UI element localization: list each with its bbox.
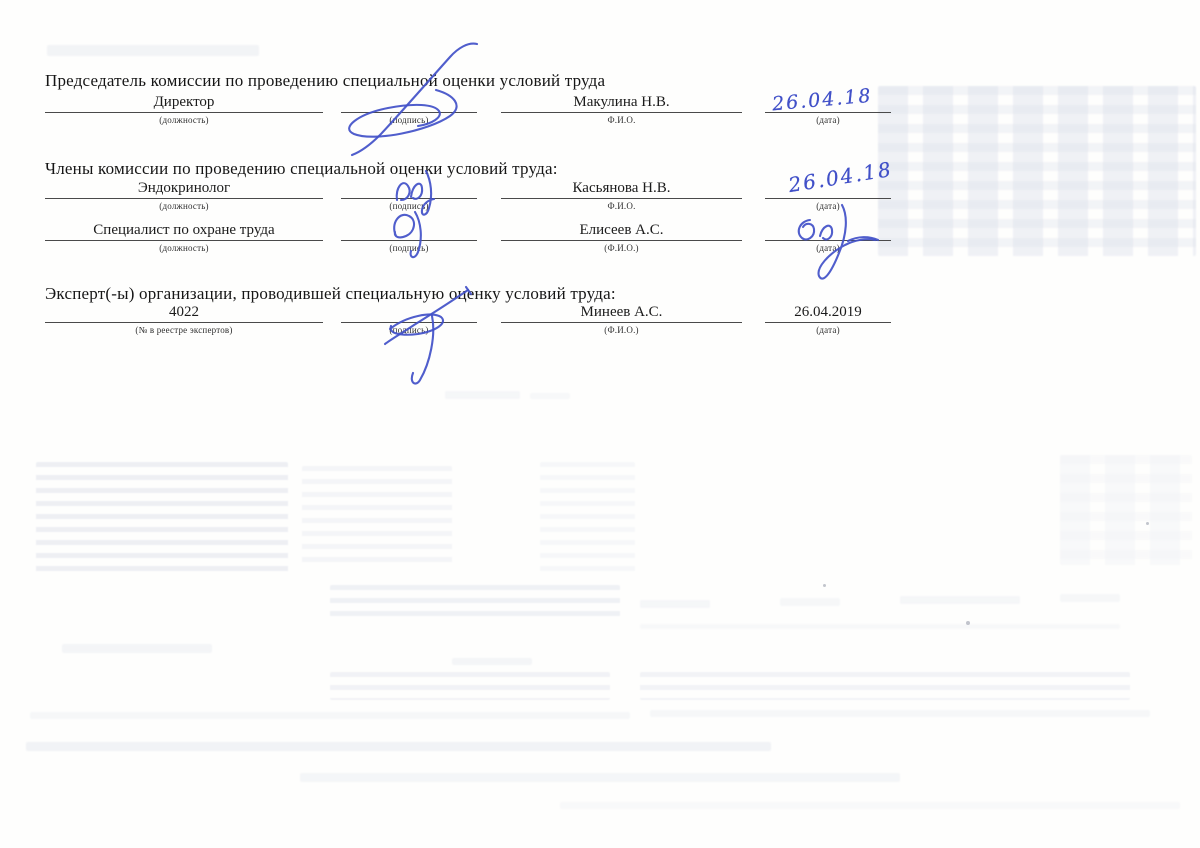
ghost-text-block [445, 391, 520, 399]
ghost-text-block [330, 585, 620, 623]
registry-field-label: (№ в реестре экспертов) [45, 325, 323, 335]
ghost-text-block [640, 672, 1130, 700]
ghost-rule-line [30, 712, 630, 719]
expert-name-cell: Минеев А.С. (Ф.И.О.) [501, 303, 742, 335]
position-field-label: (должность) [45, 201, 323, 211]
date-field-label: (дата) [765, 325, 891, 335]
signature-chairman-ink [336, 40, 481, 158]
signature-row-member-1: Эндокринолог (должность) (подпись) Касья… [0, 179, 1200, 215]
signature-row-member-2: Специалист по охране труда (должность) (… [0, 221, 1200, 257]
ghost-text-line [300, 773, 900, 782]
section-heading-expert: Эксперт(-ы) организации, проводившей спе… [45, 284, 616, 304]
ghost-text-block [1060, 594, 1120, 602]
ghost-text-block [780, 598, 840, 606]
date-field-label: (дата) [765, 115, 891, 125]
name-field-label: (Ф.И.О.) [501, 325, 742, 335]
section-heading-chairman: Председатель комиссии по проведению спец… [45, 71, 605, 91]
signature-row-chairman: Директор (должность) (подпись) Макулина … [0, 93, 1200, 129]
member1-position-cell: Эндокринолог (должность) [45, 179, 323, 211]
ghost-text-block [452, 658, 532, 665]
ghost-table-rows [36, 462, 288, 574]
expert-registry-value: 4022 [45, 303, 323, 323]
expert-name-value: Минеев А.С. [501, 303, 742, 323]
paper-speck [966, 621, 970, 625]
scanned-document-page: Председатель комиссии по проведению спец… [0, 0, 1200, 848]
ghost-text-block [47, 45, 259, 56]
member1-name-value: Касьянова Н.В. [501, 179, 742, 199]
name-field-label: Ф.И.О. [501, 201, 742, 211]
chairman-name-value: Макулина Н.В. [501, 93, 742, 113]
member2-name-cell: Елисеев А.С. (Ф.И.О.) [501, 221, 742, 253]
position-field-label: (должность) [45, 243, 323, 253]
paper-speck [1146, 522, 1149, 525]
member1-name-cell: Касьянова Н.В. Ф.И.О. [501, 179, 742, 211]
section-heading-members: Члены комиссии по проведению специальной… [45, 159, 558, 179]
ghost-table-rows [302, 466, 452, 566]
signature-member-2-ink [384, 205, 444, 261]
ghost-table-grid [1060, 455, 1192, 565]
member2-position-value: Специалист по охране труда [45, 221, 323, 241]
ghost-text-block [900, 596, 1020, 604]
ghost-rule-line [650, 710, 1150, 717]
ghost-text-block [640, 600, 710, 608]
paper-speck [823, 584, 826, 587]
ghost-text-line [560, 802, 1180, 809]
expert-registry-cell: 4022 (№ в реестре экспертов) [45, 303, 323, 335]
ghost-rule-line [640, 624, 1120, 629]
name-field-label: (Ф.И.О.) [501, 243, 742, 253]
signature-member-2-date-ink [790, 196, 885, 288]
ghost-text-line [26, 742, 771, 751]
position-field-label: (должность) [45, 115, 323, 125]
member2-position-cell: Специалист по охране труда (должность) [45, 221, 323, 253]
chairman-position-cell: Директор (должность) [45, 93, 323, 125]
ghost-text-block [62, 644, 212, 653]
chairman-position-value: Директор [45, 93, 323, 113]
member1-position-value: Эндокринолог [45, 179, 323, 199]
ghost-text-block [530, 393, 570, 399]
ghost-table-rows [540, 462, 635, 572]
signature-row-expert: 4022 (№ в реестре экспертов) (подпись) М… [0, 303, 1200, 339]
expert-date-cell: 26.04.2019 (дата) [765, 303, 891, 335]
member2-name-value: Елисеев А.С. [501, 221, 742, 241]
signature-expert-ink [378, 285, 474, 385]
ghost-text-block [330, 672, 610, 700]
chairman-name-cell: Макулина Н.В. Ф.И.О. [501, 93, 742, 125]
expert-date-value: 26.04.2019 [765, 303, 891, 323]
name-field-label: Ф.И.О. [501, 115, 742, 125]
